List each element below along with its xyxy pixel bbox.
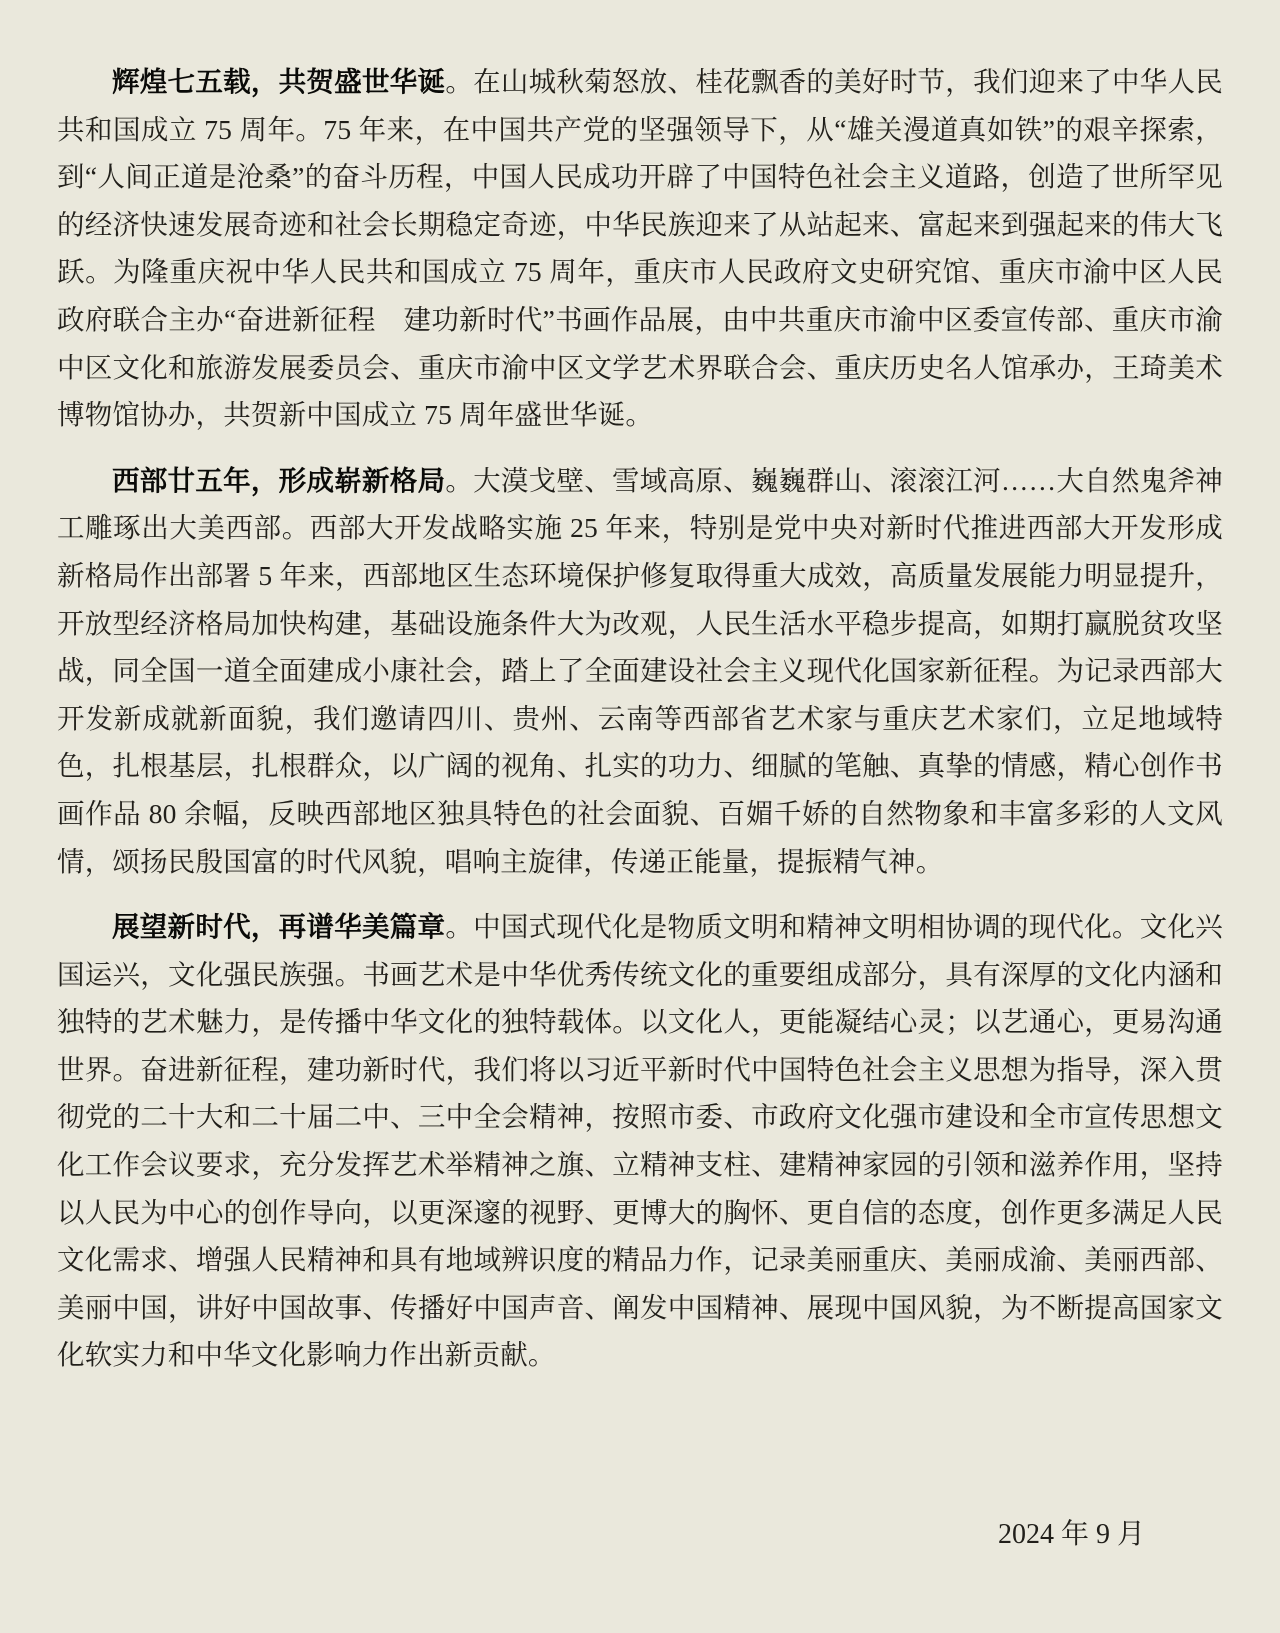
paragraph-body: 。在山城秋菊怒放、桂花飘香的美好时节，我们迎来了中华人民共和国成立 75 周年。… [57, 66, 1223, 430]
paragraph: 西部廿五年，形成崭新格局。大漠戈壁、雪域高原、巍巍群山、滚滚江河……大自然鬼斧神… [57, 457, 1223, 885]
paragraph-heading: 西部廿五年，形成崭新格局 [112, 465, 445, 496]
document-page: 辉煌七五载，共贺盛世华诞。在山城秋菊怒放、桂花飘香的美好时节，我们迎来了中华人民… [0, 0, 1280, 1633]
paragraph-body: 。中国式现代化是物质文明和精神文明相协调的现代化。文化兴国运兴，文化强民族强。书… [57, 911, 1223, 1370]
paragraph-heading: 辉煌七五载，共贺盛世华诞 [112, 66, 445, 97]
date-line: 2024 年 9 月 [57, 1511, 1223, 1559]
paragraph-heading: 展望新时代，再谱华美篇章 [112, 911, 445, 942]
paragraph: 展望新时代，再谱华美篇章。中国式现代化是物质文明和精神文明相协调的现代化。文化兴… [57, 903, 1223, 1379]
paragraph-body: 。大漠戈壁、雪域高原、巍巍群山、滚滚江河……大自然鬼斧神工雕琢出大美西部。西部大… [57, 465, 1223, 877]
paragraph: 辉煌七五载，共贺盛世华诞。在山城秋菊怒放、桂花飘香的美好时节，我们迎来了中华人民… [57, 58, 1223, 439]
